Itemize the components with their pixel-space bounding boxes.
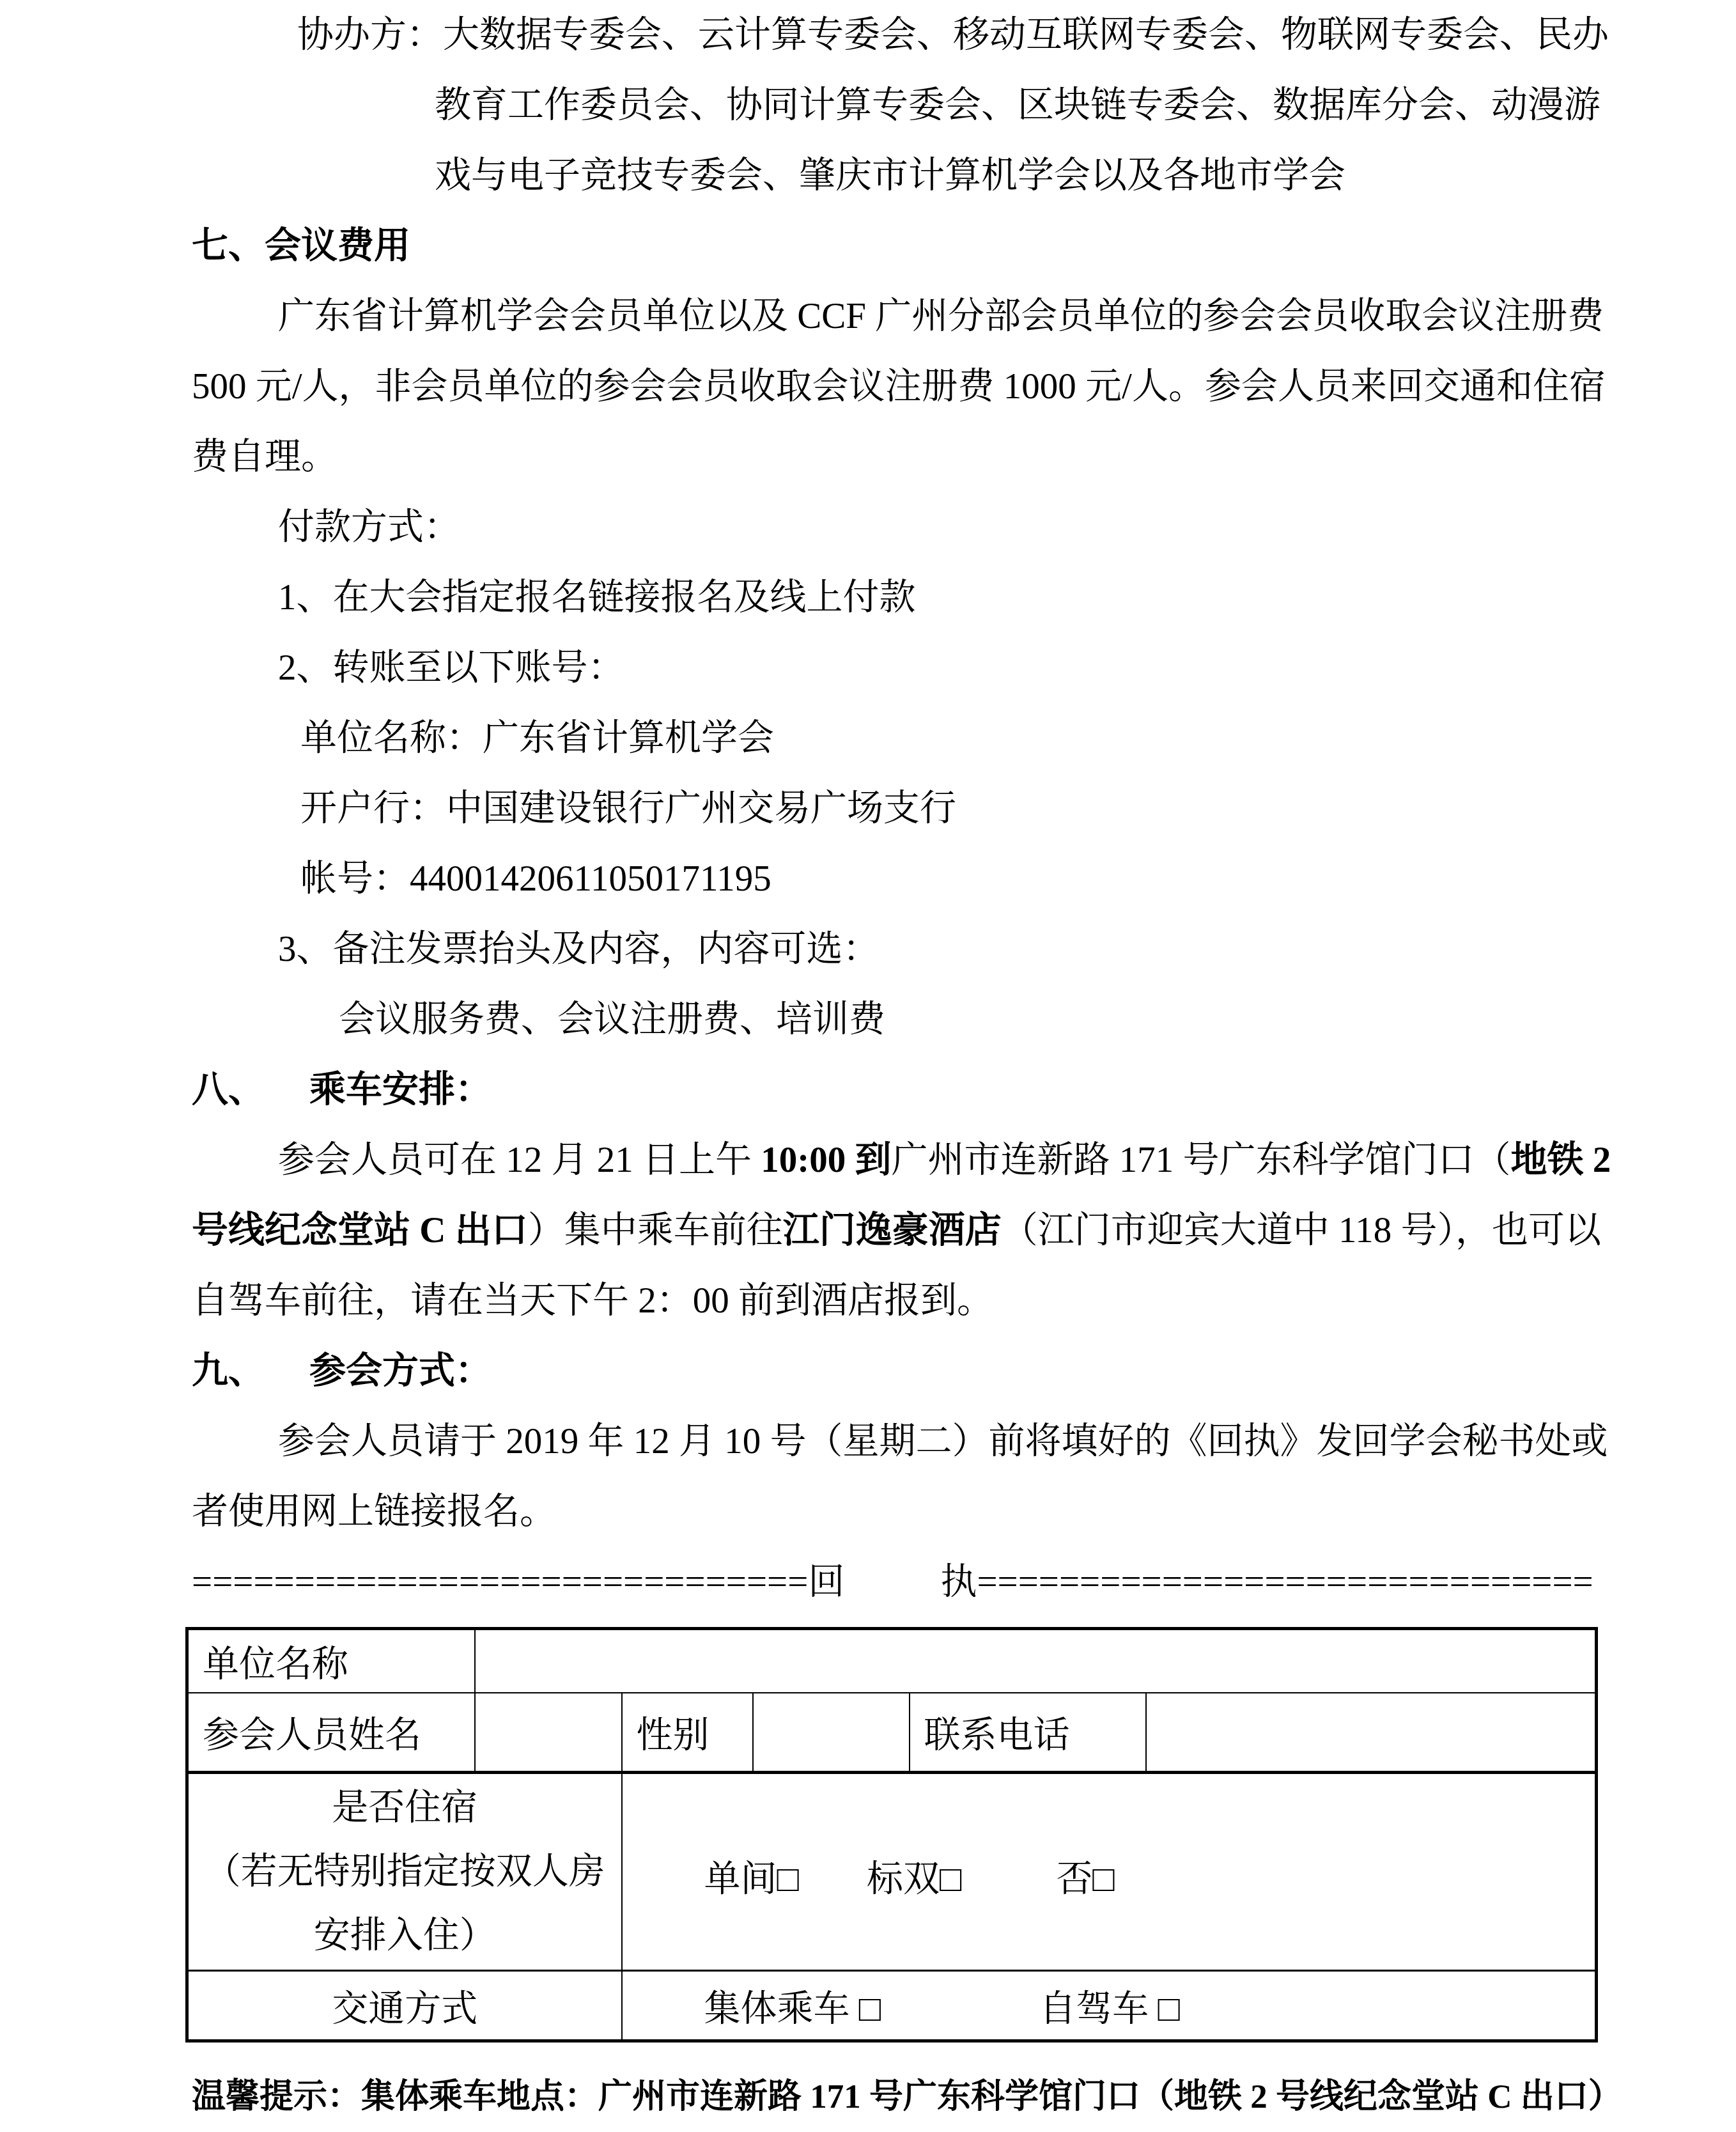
section7-para-line-3: 费自理。: [192, 422, 1557, 492]
s8-l2-run-4: （江门市迎宾大道中 118 号），也可以: [1002, 1210, 1601, 1250]
group-bus-checkbox[interactable]: 集体乘车 □: [704, 1989, 881, 2029]
divider-equals-right: ==============================: [977, 1562, 1593, 1602]
payment-item-1: 1、在大会指定报名链接报名及线上付款: [192, 563, 1557, 633]
payment-item-2-text: 2、转账至以下账号：: [278, 648, 624, 688]
coorganizer-line-1: 协办方：大数据专委会、云计算专委会、移动互联网专委会、物联网专委会、民办: [192, 0, 1557, 70]
lodging-options-cell: 单间□标双□否□: [622, 1773, 1597, 1971]
phone-label: 联系电话: [924, 1715, 1070, 1755]
section8-para-line-1: 参会人员可在 12 月 21 日上午 10:00 到广州市连新路 171 号广东…: [192, 1125, 1557, 1195]
gender-label: 性别: [637, 1715, 709, 1755]
lodging-label-line-2: （若无特别指定按双人房: [189, 1840, 621, 1904]
coorganizer-line-3: 戏与电子竞技专委会、肇庆市计算机学会以及各地市学会: [192, 141, 1557, 211]
unit-name-label-cell: 单位名称: [187, 1629, 475, 1693]
account-name-line: 单位名称：广东省计算机学会: [192, 703, 1557, 774]
warm-tip-line: 温馨提示：集体乘车地点：广州市连新路 171 号广东科学馆门口（地铁 2 号线纪…: [192, 2065, 1557, 2129]
lodging-label-line-3: 安排入住）: [189, 1904, 621, 1968]
invoice-options-line: 会议服务费、会议注册费、培训费: [192, 984, 1557, 1055]
coorganizer-line-2: 教育工作委员会、协同计算专委会、区块链专委会、数据库分会、动漫游: [192, 70, 1557, 141]
no-lodging-checkbox[interactable]: 否□: [1056, 1859, 1114, 1899]
s9-l2-text: 者使用网上链接报名。: [192, 1491, 556, 1532]
table-row-transport: 交通方式 集体乘车 □自驾车 □: [187, 1971, 1597, 2041]
section7-para-text-3: 费自理。: [192, 437, 337, 477]
lodging-label-cell: 是否住宿 （若无特别指定按双人房 安排入住）: [187, 1773, 622, 1971]
s8-l1-run-2-bold: 10:00 到: [761, 1140, 891, 1180]
section9-heading: 九、参会方式：: [192, 1336, 1557, 1406]
reply-form-table: 单位名称 参会人员姓名 性别 联系电话 是否住宿 （若无特别指定按双人房 安排入…: [185, 1627, 1598, 2043]
unit-name-input-cell[interactable]: [475, 1629, 1597, 1693]
warm-tip-text: 集体乘车地点：广州市连新路 171 号广东科学馆门口（地铁 2 号线纪念堂站 C…: [361, 2078, 1622, 2115]
lodging-label-line-1: 是否住宿: [189, 1776, 621, 1840]
section9-number: 九、: [192, 1351, 265, 1391]
attendee-name-label: 参会人员姓名: [203, 1715, 421, 1755]
invoice-options-text: 会议服务费、会议注册费、培训费: [339, 999, 885, 1039]
transport-label-cell: 交通方式: [187, 1971, 622, 2041]
divider-char-hui: 回: [808, 1562, 844, 1602]
s9-l1-text: 参会人员请于 2019 年 12 月 10 号（星期二）前将填好的《回执》发回学…: [278, 1421, 1608, 1461]
transport-label: 交通方式: [332, 1989, 477, 2029]
single-room-checkbox[interactable]: 单间□: [704, 1859, 799, 1899]
s8-l1-run-3: 广州市连新路 171 号广东科学馆门口（: [891, 1140, 1510, 1180]
section8-number: 八、: [192, 1070, 265, 1110]
document-page: 协办方：大数据专委会、云计算专委会、移动互联网专委会、物联网专委会、民办 教育工…: [0, 0, 1736, 2132]
account-number-line: 帐号：44001420611050171195: [192, 844, 1557, 914]
payment-method-label: 付款方式：: [192, 492, 1557, 563]
section7-para-text-1: 广东省计算机学会会员单位以及 CCF 广州分部会员单位的参会会员收取会议注册费: [278, 296, 1604, 336]
section7-para-line-1: 广东省计算机学会会员单位以及 CCF 广州分部会员单位的参会会员收取会议注册费: [192, 281, 1557, 352]
s8-l1-run-1: 参会人员可在 12 月 21 日上午: [278, 1140, 761, 1180]
coorganizer-label: 协办方：: [297, 15, 443, 55]
coorganizer-text-3: 戏与电子竞技专委会、肇庆市计算机学会以及各地市学会: [435, 155, 1345, 196]
s8-l3-text: 自驾车前往，请在当天下午 2：00 前到酒店报到。: [192, 1280, 993, 1321]
unit-name-label: 单位名称: [203, 1644, 348, 1685]
section8-heading: 八、乘车安排：: [192, 1055, 1557, 1125]
phone-label-cell: 联系电话: [910, 1693, 1146, 1773]
divider-char-zhi: 执: [940, 1562, 977, 1602]
table-row-attendee: 参会人员姓名 性别 联系电话: [187, 1693, 1597, 1773]
payment-method-text: 付款方式：: [278, 507, 460, 547]
transport-options-cell: 集体乘车 □自驾车 □: [622, 1971, 1597, 2041]
section8-para-line-3: 自驾车前往，请在当天下午 2：00 前到酒店报到。: [192, 1266, 1557, 1336]
section7-heading: 七、会议费用: [192, 211, 1557, 281]
account-name-text: 单位名称：广东省计算机学会: [300, 718, 774, 758]
s8-l2-run-3-bold: 江门逸豪酒店: [783, 1210, 1002, 1250]
document-content: 协办方：大数据专委会、云计算专委会、移动互联网专委会、物联网专委会、民办 教育工…: [0, 0, 1736, 2129]
payment-item-3: 3、备注发票抬头及内容，内容可选：: [192, 914, 1557, 984]
table-row-unit: 单位名称: [187, 1629, 1597, 1693]
section7-para-line-2: 500 元/人，非会员单位的参会会员收取会议注册费 1000 元/人。参会人员来…: [192, 352, 1557, 422]
self-drive-checkbox[interactable]: 自驾车 □: [1039, 1989, 1180, 2029]
s8-l1-run-4-bold: 地铁 2: [1510, 1140, 1611, 1180]
account-number-text: 帐号：44001420611050171195: [300, 859, 771, 899]
section8-para-line-2: 号线纪念堂站 C 出口）集中乘车前往江门逸豪酒店（江门市迎宾大道中 118 号）…: [192, 1195, 1557, 1266]
s8-l2-run-2: ）集中乘车前往: [528, 1210, 783, 1250]
section9-para-line-1: 参会人员请于 2019 年 12 月 10 号（星期二）前将填好的《回执》发回学…: [192, 1406, 1557, 1477]
coorganizer-text-2: 教育工作委员会、协同计算专委会、区块链专委会、数据库分会、动漫游: [435, 85, 1600, 125]
payment-item-3-text: 3、备注发票抬头及内容，内容可选：: [278, 929, 880, 969]
section9-para-line-2: 者使用网上链接报名。: [192, 1477, 1557, 1547]
attendee-name-label-cell: 参会人员姓名: [187, 1693, 475, 1773]
section9-title: 参会方式：: [309, 1351, 492, 1391]
section7-para-text-2: 500 元/人，非会员单位的参会会员收取会议注册费 1000 元/人。参会人员来…: [192, 366, 1606, 407]
s8-l2-run-1-bold: 号线纪念堂站 C 出口: [192, 1210, 528, 1250]
divider-equals-left: ==============================: [192, 1562, 808, 1602]
payment-item-2: 2、转账至以下账号：: [192, 633, 1557, 703]
bank-text: 开户行：中国建设银行广州交易广场支行: [300, 788, 956, 829]
phone-input-cell[interactable]: [1146, 1693, 1597, 1773]
gender-input-cell[interactable]: [753, 1693, 910, 1773]
double-room-checkbox[interactable]: 标双□: [867, 1859, 961, 1899]
bank-line: 开户行：中国建设银行广州交易广场支行: [192, 774, 1557, 844]
attendee-name-input-cell[interactable]: [475, 1693, 622, 1773]
warm-tip-label: 温馨提示：: [192, 2078, 361, 2115]
table-row-lodging: 是否住宿 （若无特别指定按双人房 安排入住） 单间□标双□否□: [187, 1773, 1597, 1971]
reply-slip-divider: ==============================回执========…: [192, 1547, 1557, 1617]
gender-label-cell: 性别: [622, 1693, 753, 1773]
coorganizer-text-1: 大数据专委会、云计算专委会、移动互联网专委会、物联网专委会、民办: [443, 15, 1609, 55]
payment-item-1-text: 1、在大会指定报名链接报名及线上付款: [278, 577, 916, 618]
section8-title: 乘车安排：: [309, 1070, 492, 1110]
